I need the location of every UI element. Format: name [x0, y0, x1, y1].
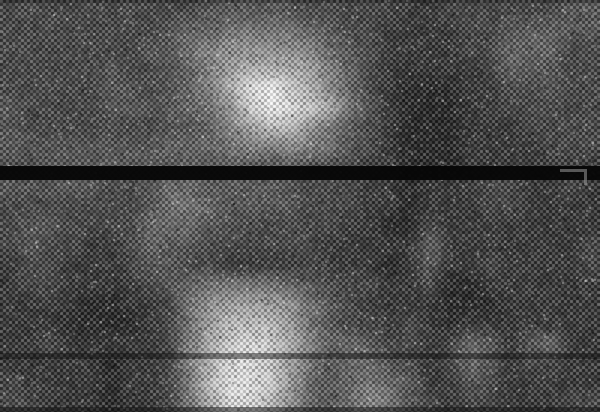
- halftone-photograph: [0, 0, 600, 412]
- halftone-photo-canvas: [0, 0, 600, 412]
